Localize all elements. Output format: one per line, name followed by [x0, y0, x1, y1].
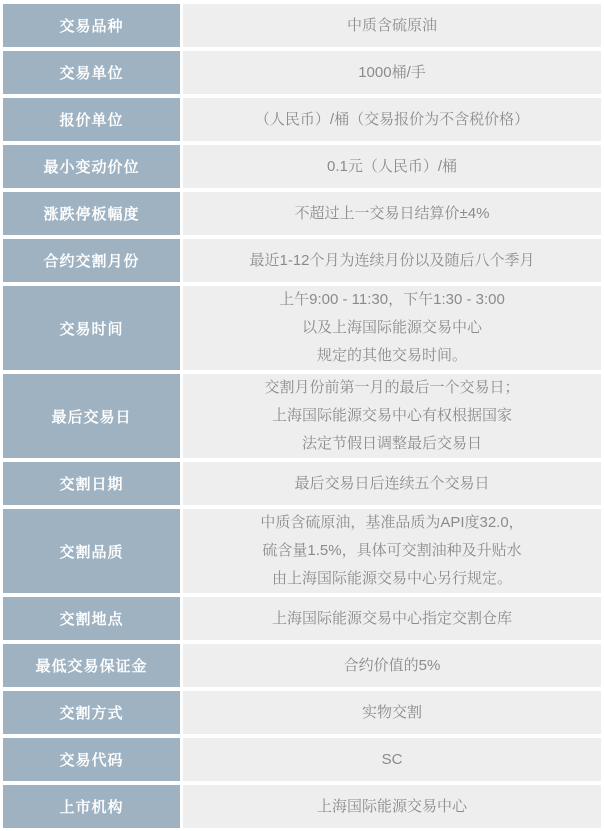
- spec-value-cell: 上午9:00 - 11:30，下午1:30 - 3:00以及上海国际能源交易中心…: [183, 286, 601, 370]
- table-row: 交割方式实物交割: [3, 691, 601, 734]
- spec-label-cell: 交割日期: [3, 462, 180, 505]
- table-row: 交易时间上午9:00 - 11:30，下午1:30 - 3:00以及上海国际能源…: [3, 286, 601, 370]
- spec-value-line: 交割月份前第一月的最后一个交易日；: [183, 374, 601, 402]
- table-row: 涨跌停板幅度不超过上一交易日结算价±4%: [3, 192, 601, 235]
- spec-value-cell: 不超过上一交易日结算价±4%: [183, 192, 601, 235]
- spec-label-cell: 上市机构: [3, 785, 180, 828]
- spec-value-line: 上海国际能源交易中心指定交割仓库: [183, 605, 601, 633]
- table-row: 交易单位1000桶/手: [3, 51, 601, 94]
- spec-label-cell: 最小变动价位: [3, 145, 180, 188]
- spec-value-cell: SC: [183, 738, 601, 781]
- spec-label-cell: 交割地点: [3, 597, 180, 640]
- spec-value-cell: 上海国际能源交易中心指定交割仓库: [183, 597, 601, 640]
- spec-value-cell: 最近1-12个月为连续月份以及随后八个季月: [183, 239, 601, 282]
- spec-label-cell: 交易品种: [3, 4, 180, 47]
- spec-label-cell: 最后交易日: [3, 374, 180, 458]
- spec-value-line: 0.1元（人民币）/桶: [183, 153, 601, 181]
- table-row: 交割地点上海国际能源交易中心指定交割仓库: [3, 597, 601, 640]
- spec-value-line: 中质含硫原油: [183, 12, 601, 40]
- spec-value-line: 由上海国际能源交易中心另行规定。: [183, 565, 601, 593]
- spec-value-line: SC: [183, 746, 601, 774]
- spec-value-cell: 0.1元（人民币）/桶: [183, 145, 601, 188]
- table-row: 最低交易保证金合约价值的5%: [3, 644, 601, 687]
- spec-label-cell: 涨跌停板幅度: [3, 192, 180, 235]
- table-row: 交割日期最后交易日后连续五个交易日: [3, 462, 601, 505]
- spec-value-line: 合约价值的5%: [183, 652, 601, 680]
- spec-value-cell: 1000桶/手: [183, 51, 601, 94]
- table-row: 交割品质中质含硫原油，基准品质为API度32.0，硫含量1.5%，具体可交割油种…: [3, 509, 601, 593]
- table-row: 上市机构上海国际能源交易中心: [3, 785, 601, 828]
- spec-value-cell: 中质含硫原油: [183, 4, 601, 47]
- spec-value-line: 中质含硫原油，基准品质为API度32.0，: [183, 509, 601, 537]
- spec-value-line: 法定节假日调整最后交易日: [183, 430, 601, 458]
- spec-value-cell: 合约价值的5%: [183, 644, 601, 687]
- spec-label-cell: 交割方式: [3, 691, 180, 734]
- table-row: 合约交割月份最近1-12个月为连续月份以及随后八个季月: [3, 239, 601, 282]
- contract-spec-table-body: 交易品种中质含硫原油交易单位1000桶/手报价单位（人民币）/桶（交易报价为不含…: [3, 4, 601, 828]
- spec-value-line: 最近1-12个月为连续月份以及随后八个季月: [183, 247, 601, 275]
- spec-value-line: 上海国际能源交易中心有权根据国家: [183, 402, 601, 430]
- spec-value-line: 不超过上一交易日结算价±4%: [183, 200, 601, 228]
- table-row: 交易品种中质含硫原油: [3, 4, 601, 47]
- contract-spec-table: 交易品种中质含硫原油交易单位1000桶/手报价单位（人民币）/桶（交易报价为不含…: [0, 0, 604, 831]
- spec-label-cell: 报价单位: [3, 98, 180, 141]
- spec-label-cell: 交割品质: [3, 509, 180, 593]
- spec-value-line: 规定的其他交易时间。: [183, 342, 601, 370]
- table-row: 最后交易日交割月份前第一月的最后一个交易日；上海国际能源交易中心有权根据国家法定…: [3, 374, 601, 458]
- table-row: 报价单位（人民币）/桶（交易报价为不含税价格）: [3, 98, 601, 141]
- spec-value-cell: （人民币）/桶（交易报价为不含税价格）: [183, 98, 601, 141]
- spec-value-line: （人民币）/桶（交易报价为不含税价格）: [183, 106, 601, 134]
- spec-value-cell: 中质含硫原油，基准品质为API度32.0，硫含量1.5%，具体可交割油种及升贴水…: [183, 509, 601, 593]
- spec-label-cell: 合约交割月份: [3, 239, 180, 282]
- spec-value-line: 实物交割: [183, 699, 601, 727]
- spec-value-line: 硫含量1.5%，具体可交割油种及升贴水: [183, 537, 601, 565]
- spec-value-cell: 交割月份前第一月的最后一个交易日；上海国际能源交易中心有权根据国家法定节假日调整…: [183, 374, 601, 458]
- spec-value-cell: 上海国际能源交易中心: [183, 785, 601, 828]
- spec-value-cell: 最后交易日后连续五个交易日: [183, 462, 601, 505]
- spec-value-line: 1000桶/手: [183, 59, 601, 87]
- spec-value-line: 最后交易日后连续五个交易日: [183, 470, 601, 498]
- spec-value-line: 上海国际能源交易中心: [183, 793, 601, 821]
- spec-value-line: 上午9:00 - 11:30，下午1:30 - 3:00: [183, 286, 601, 314]
- spec-label-cell: 交易时间: [3, 286, 180, 370]
- table-row: 最小变动价位0.1元（人民币）/桶: [3, 145, 601, 188]
- spec-value-cell: 实物交割: [183, 691, 601, 734]
- spec-label-cell: 最低交易保证金: [3, 644, 180, 687]
- table-row: 交易代码SC: [3, 738, 601, 781]
- spec-label-cell: 交易代码: [3, 738, 180, 781]
- spec-value-line: 以及上海国际能源交易中心: [183, 314, 601, 342]
- spec-label-cell: 交易单位: [3, 51, 180, 94]
